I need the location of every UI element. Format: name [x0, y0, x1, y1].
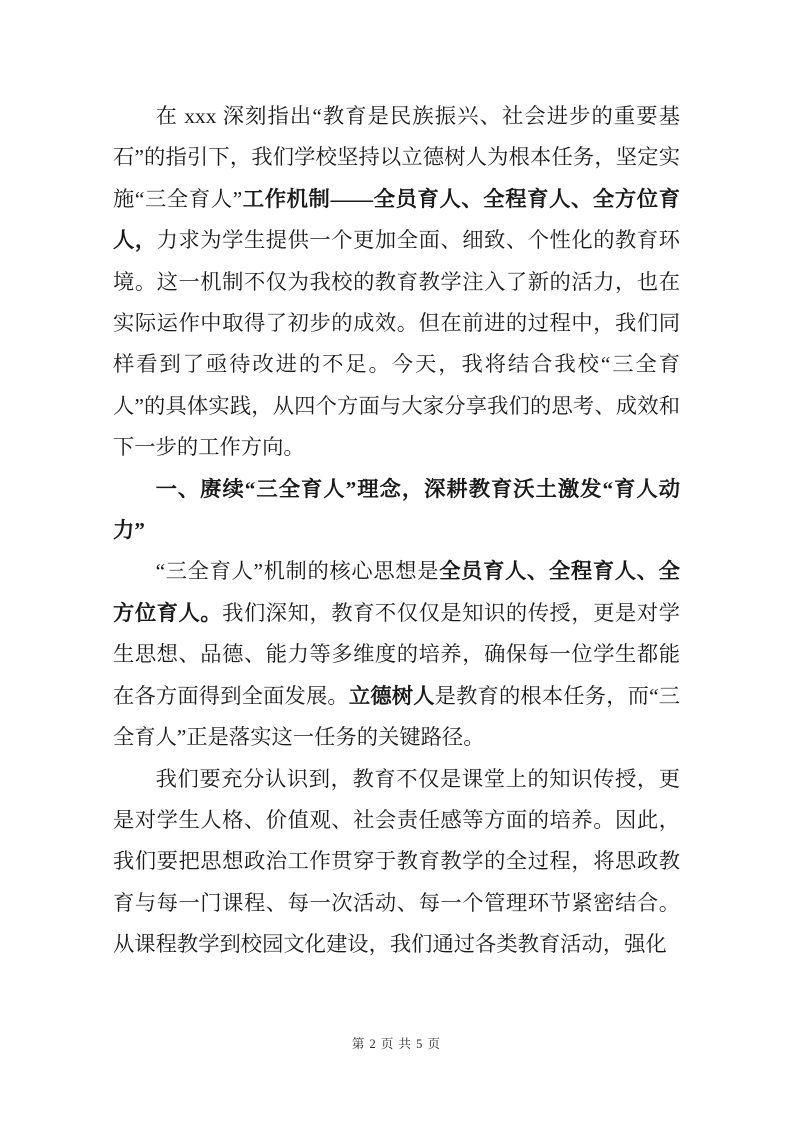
- page-footer: 第 2 页 共 5 页: [0, 1034, 793, 1054]
- paragraph-recognition: 我们要充分认识到，教育不仅是课堂上的知识传授，更是对学生人格、价值观、社会责任感…: [113, 759, 680, 966]
- document-page: 在 xxx 深刻指出“教育是民族振兴、社会进步的重要基石”的指引下，我们学校坚持…: [0, 0, 793, 1122]
- text-run: “三全育人”机制的核心思想是: [156, 559, 440, 583]
- bold-text-run: 立德树人: [349, 684, 435, 708]
- document-body: 在 xxx 深刻指出“教育是民族振兴、社会进步的重要基石”的指引下，我们学校坚持…: [113, 96, 680, 966]
- page-number-indicator: 第 2 页 共 5 页: [352, 1037, 441, 1051]
- bold-text-run: 一、赓续“三全育人”理念，深耕教育沃土激发“育人动力”: [113, 477, 680, 542]
- paragraph-core-idea: “三全育人”机制的核心思想是全员育人、全程育人、全方位育人。我们深知，教育不仅仅…: [113, 551, 680, 758]
- section-heading-1: 一、赓续“三全育人”理念，深耕教育沃土激发“育人动力”: [113, 469, 680, 552]
- text-run: 我们要充分认识到，教育不仅是课堂上的知识传授，更是对学生人格、价值观、社会责任感…: [113, 767, 680, 957]
- text-run: 力求为学生提供一个更加全面、细致、个性化的教育环境。这一机制不仅为我校的教育教学…: [113, 228, 680, 459]
- paragraph-intro: 在 xxx 深刻指出“教育是民族振兴、社会进步的重要基石”的指引下，我们学校坚持…: [113, 96, 680, 469]
